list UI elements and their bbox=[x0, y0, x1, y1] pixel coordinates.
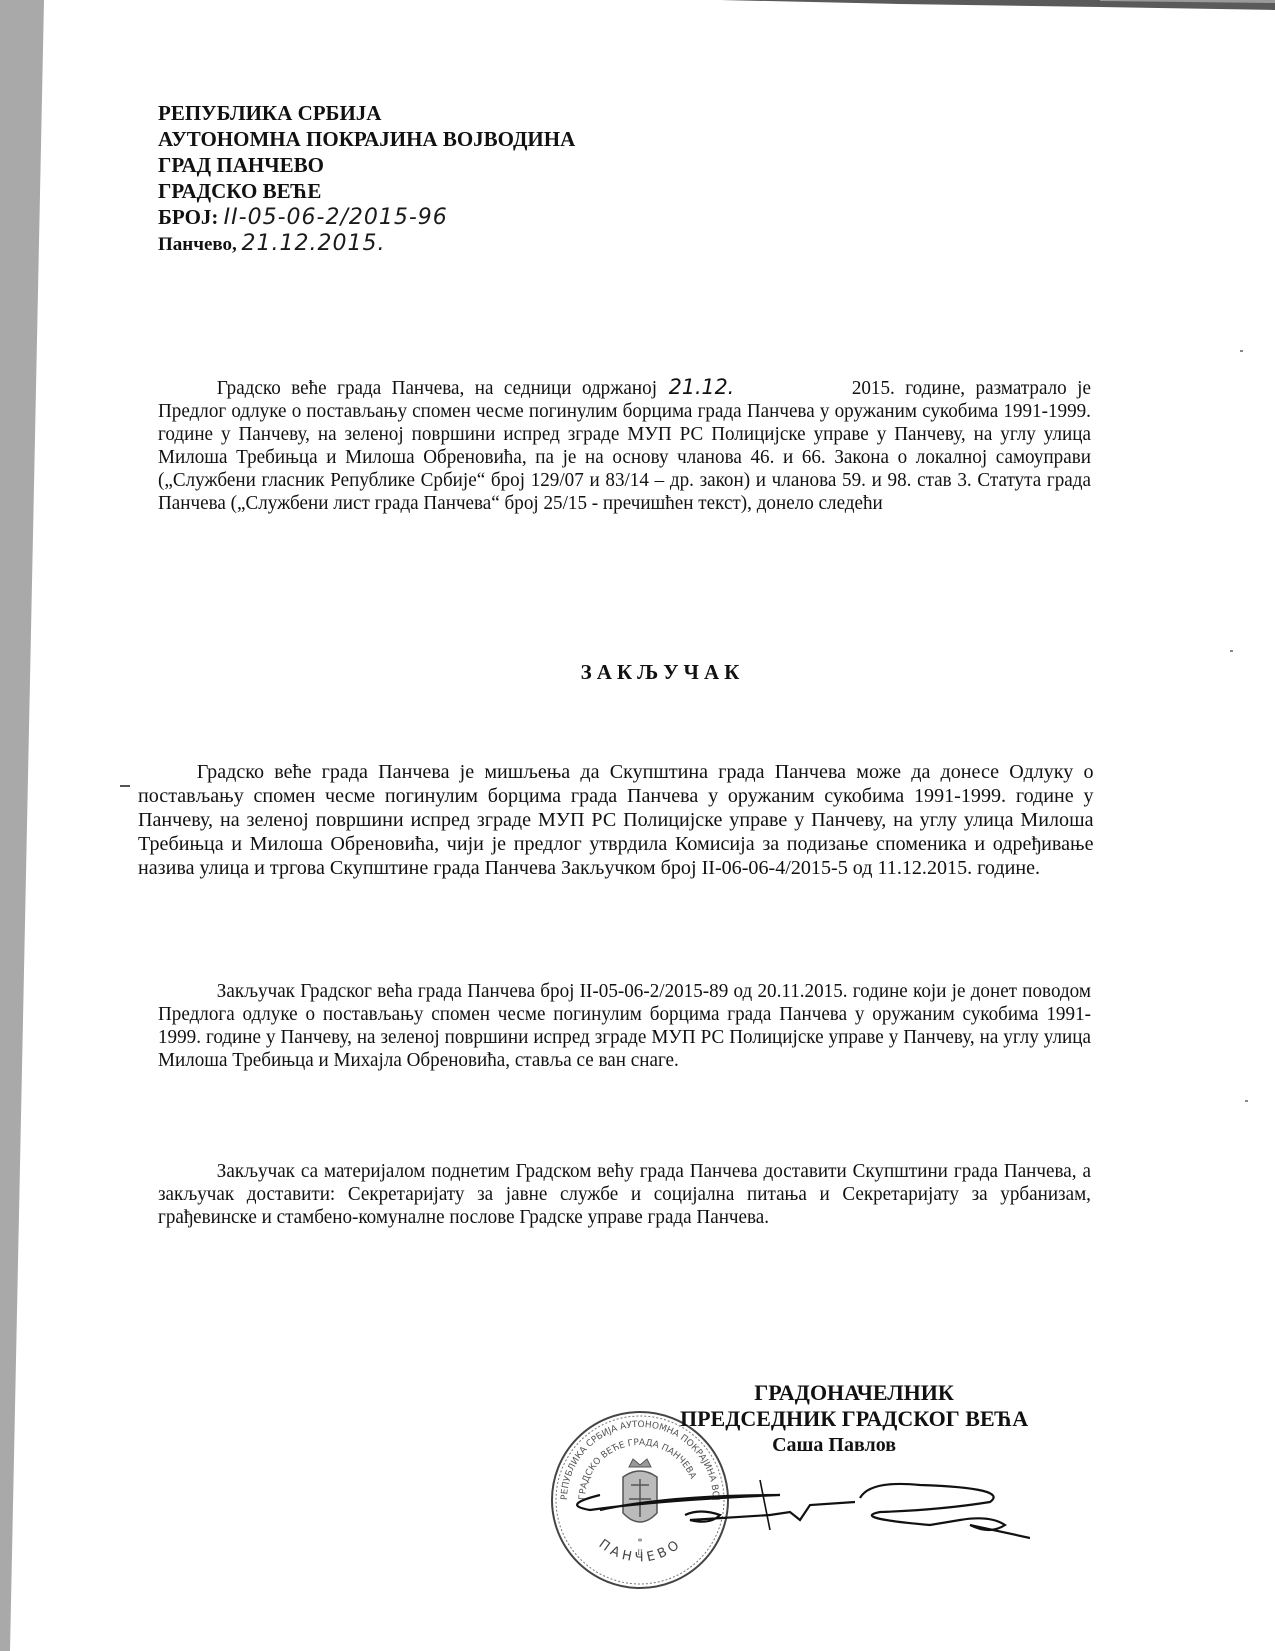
place-label: Панчево, bbox=[158, 234, 237, 255]
document-place-date: Панчево, 21.12.2015. bbox=[158, 231, 575, 258]
scan-speck bbox=[1245, 1100, 1248, 1102]
header-line-council: ГРАДСКО ВЕЋЕ bbox=[158, 178, 575, 204]
handwritten-signature bbox=[560, 1460, 1030, 1550]
conclusion-paragraph-1: Градско веће града Панчева је мишљења да… bbox=[138, 760, 1094, 880]
header-line-city: ГРАД ПАНЧЕВО bbox=[158, 152, 575, 178]
document-number-label: БРОЈ: bbox=[158, 205, 218, 229]
conclusion-text-1: Градско веће града Панчева је мишљења да… bbox=[138, 761, 1094, 879]
scan-edge-left bbox=[0, 0, 44, 1651]
document-header: РЕПУБЛИКА СРБИЈА АУТОНОМНА ПОКРАЈИНА ВОЈ… bbox=[158, 100, 575, 258]
signature-block: ГРАДОНАЧЕЛНИК ПРЕДСЕДНИК ГРАДСКОГ ВЕЋА С… bbox=[680, 1380, 1028, 1458]
margin-mark bbox=[120, 785, 130, 787]
conclusion-text-3: Закључак са материјалом поднетим Градско… bbox=[158, 1161, 1091, 1228]
document-number-value: II-05-06-2/2015-96 bbox=[224, 205, 448, 230]
intro-text-before: Градско веће града Панчева, на седници о… bbox=[217, 378, 657, 399]
document-date: 21.12.2015. bbox=[242, 231, 386, 256]
signatory-name: Саша Павлов bbox=[640, 1432, 1028, 1458]
signatory-title-mayor: ГРАДОНАЧЕЛНИК bbox=[680, 1380, 1028, 1406]
scan-speck bbox=[1230, 650, 1233, 652]
header-line-republic: РЕПУБЛИКА СРБИЈА bbox=[158, 100, 575, 126]
document-title: ЗАКЉУЧАК bbox=[0, 660, 1275, 685]
document-number: БРОЈ: II-05-06-2/2015-96 bbox=[158, 204, 575, 231]
session-date-handwritten: 21.12. bbox=[669, 375, 734, 399]
scan-edge-top bbox=[0, 0, 1275, 14]
intro-paragraph: Градско веће града Панчева, на седници о… bbox=[158, 376, 1091, 515]
conclusion-paragraph-2: Закључак Градског већа града Панчева бро… bbox=[158, 980, 1091, 1072]
header-line-province: АУТОНОМНА ПОКРАЈИНА ВОЈВОДИНА bbox=[158, 126, 575, 152]
scan-speck bbox=[1240, 350, 1243, 352]
signatory-title-president: ПРЕДСЕДНИК ГРАДСКОГ ВЕЋА bbox=[680, 1406, 1028, 1432]
conclusion-text-2: Закључак Градског већа града Панчева бро… bbox=[158, 981, 1091, 1071]
conclusion-paragraph-3: Закључак са материјалом поднетим Градско… bbox=[158, 1160, 1091, 1229]
